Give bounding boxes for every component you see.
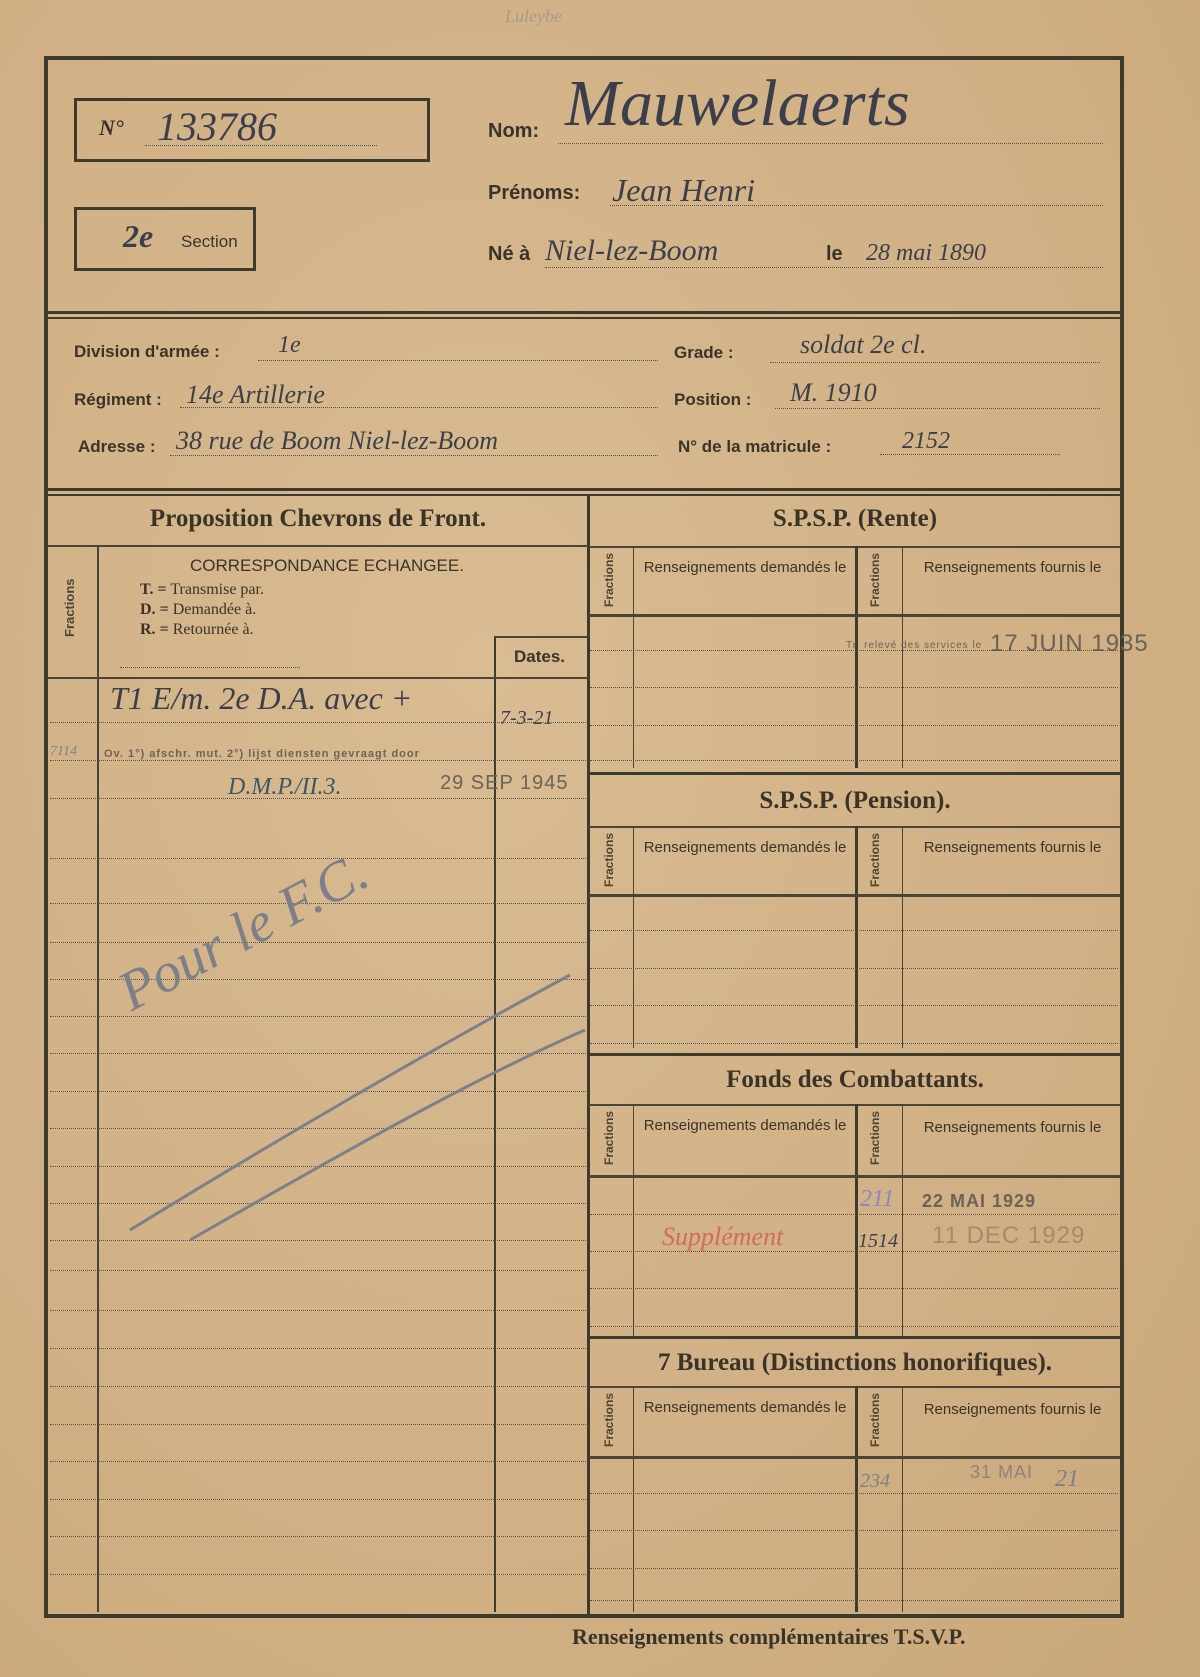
division-value: 1e [278,332,301,359]
bureau7-entry-1-year: 21 [1055,1466,1079,1493]
grade-label: Grade : [674,343,734,363]
nom-label: Nom: [488,120,539,143]
footer-text: Renseignements complémentaires T.S.V.P. [572,1624,966,1650]
chevrons-entry-3-text: D.M.P./II.3. [228,774,342,801]
chevrons-entry-2-fraction: 7114 [50,744,77,760]
nom-value: Mauwelaerts [565,66,910,142]
fonds-col-fournis: Renseignements fournis le [910,1116,1115,1140]
prenoms-label: Prénoms: [488,182,580,205]
position-label: Position : [674,390,751,410]
birth-date-value: 28 mai 1890 [866,240,986,267]
spsp-pension-col-fournis: Renseignements fournis le [910,836,1115,860]
legend-list: T. = Transmise par. D. = Demandée à. R. … [140,580,264,640]
number-value: 133786 [157,103,277,150]
chevrons-title: Proposition Chevrons de Front. [48,505,588,533]
spsp-rente-fractions-2: Fractions [868,550,888,610]
fonds-entry-2-demandes: Supplément [662,1222,783,1252]
bureau7-col-demandes: Renseignements demandés le [640,1396,850,1420]
ne-a-label: Né à [488,243,530,266]
bureau7-fractions-1: Fractions [602,1390,622,1450]
legend-item-d: D. = Demandée à. [140,600,264,620]
matricule-value: 2152 [902,428,950,455]
fonds-entry-1-fraction: 211 [860,1186,894,1213]
number-label: N° [99,115,124,141]
spsp-pension-title: S.P.S.P. (Pension). [590,787,1120,815]
fonds-entry-1-fournis: 22 MAI 1929 [922,1191,1036,1212]
birthplace-value: Niel-lez-Boom [545,234,718,268]
fonds-entry-2-fournis: 11 DEC 1929 [932,1222,1085,1250]
adresse-label: Adresse : [78,437,155,457]
bureau7-title: 7 Bureau (Distinctions honorifiques). [590,1349,1120,1377]
legend-item-t: T. = Transmise par. [140,580,264,600]
fonds-col-demandes: Renseignements demandés le [640,1114,850,1138]
bureau7-entry-1-fraction: 234 [860,1470,890,1493]
correspondance-title: CORRESPONDANCE ECHANGEE. [190,556,464,576]
regiment-value: 14e Artillerie [186,380,325,410]
chevrons-entry-1-text: T1 E/m. 2e D.A. avec + [110,680,412,717]
grade-value: soldat 2e cl. [800,330,926,360]
spsp-rente-fournis-stamp: 17 JUIN 1935 [990,630,1149,658]
regiment-label: Régiment : [74,390,162,410]
adresse-value: 38 rue de Boom Niel-lez-Boom [176,426,498,456]
section-value: 2e [123,218,153,255]
bureau7-entry-1-stamp: 31 MAI [970,1462,1033,1483]
section-box: 2e Section [74,207,256,271]
chevrons-entry-2-text: Ov. 1°) afschr. mut. 2°) lijst diensten … [104,748,420,760]
section-label: Section [181,232,238,252]
spsp-pension-fractions-1: Fractions [602,830,622,890]
spsp-rente-col-demandes: Renseignements demandés le [640,556,850,580]
spsp-pension-col-demandes: Renseignements demandés le [640,836,850,860]
spsp-rente-col-fournis: Renseignements fournis le [910,556,1115,580]
le-label: le [826,243,843,266]
fonds-entry-2-fraction: 1514 [858,1230,898,1253]
chevrons-entry-3-date: 29 SEP 1945 [440,772,569,795]
legend-item-r: R. = Retournée à. [140,620,264,640]
bureau7-col-fournis: Renseignements fournis le [910,1398,1115,1422]
fonds-fractions-1: Fractions [602,1108,622,1168]
chevrons-entry-1-date: 7-3-21 [500,707,553,730]
spsp-pension-fractions-2: Fractions [868,830,888,890]
top-pencil-note: Luleybe [505,6,562,27]
division-label: Division d'armée : [74,342,220,362]
spsp-rente-fractions-1: Fractions [602,550,622,610]
fonds-fractions-2: Fractions [868,1108,888,1168]
spsp-rente-title: S.P.S.P. (Rente) [590,505,1120,533]
dates-header: Dates. [514,647,565,667]
chevrons-fractions-label: Fractions [62,570,82,646]
matricule-label: N° de la matricule : [678,437,831,457]
number-box: N° 133786 [74,98,430,162]
position-value: M. 1910 [790,378,877,408]
fonds-title: Fonds des Combattants. [590,1066,1120,1094]
bureau7-fractions-2: Fractions [868,1390,888,1450]
prenoms-value: Jean Henri [612,172,755,209]
